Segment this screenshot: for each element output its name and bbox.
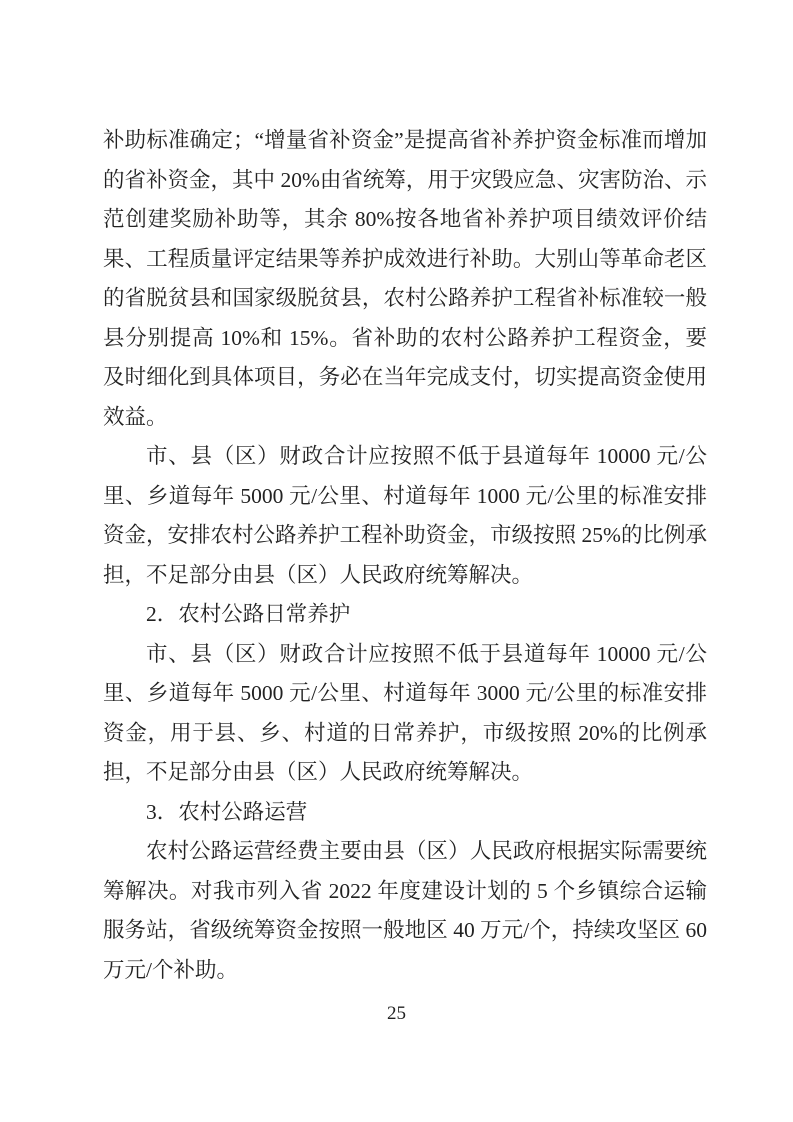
paragraph-continued: 补助标准确定；“增量省补资金”是提高省补养护资金标准而增加的省补资金，其中 20…: [103, 121, 707, 437]
numbered-heading: 3．农村公路运营: [103, 793, 707, 833]
paragraph: 市、县（区）财政合计应按照不低于县道每年 10000 元/公里、乡道每年 500…: [103, 635, 707, 793]
document-body: 补助标准确定；“增量省补资金”是提高省补养护资金标准而增加的省补资金，其中 20…: [103, 121, 707, 990]
page-number: 25: [0, 1001, 793, 1027]
document-page: 补助标准确定；“增量省补资金”是提高省补养护资金标准而增加的省补资金，其中 20…: [0, 0, 793, 1122]
paragraph: 农村公路运营经费主要由县（区）人民政府根据实际需要统筹解决。对我市列入省 202…: [103, 832, 707, 990]
paragraph: 市、县（区）财政合计应按照不低于县道每年 10000 元/公里、乡道每年 500…: [103, 437, 707, 595]
numbered-heading: 2．农村公路日常养护: [103, 595, 707, 635]
